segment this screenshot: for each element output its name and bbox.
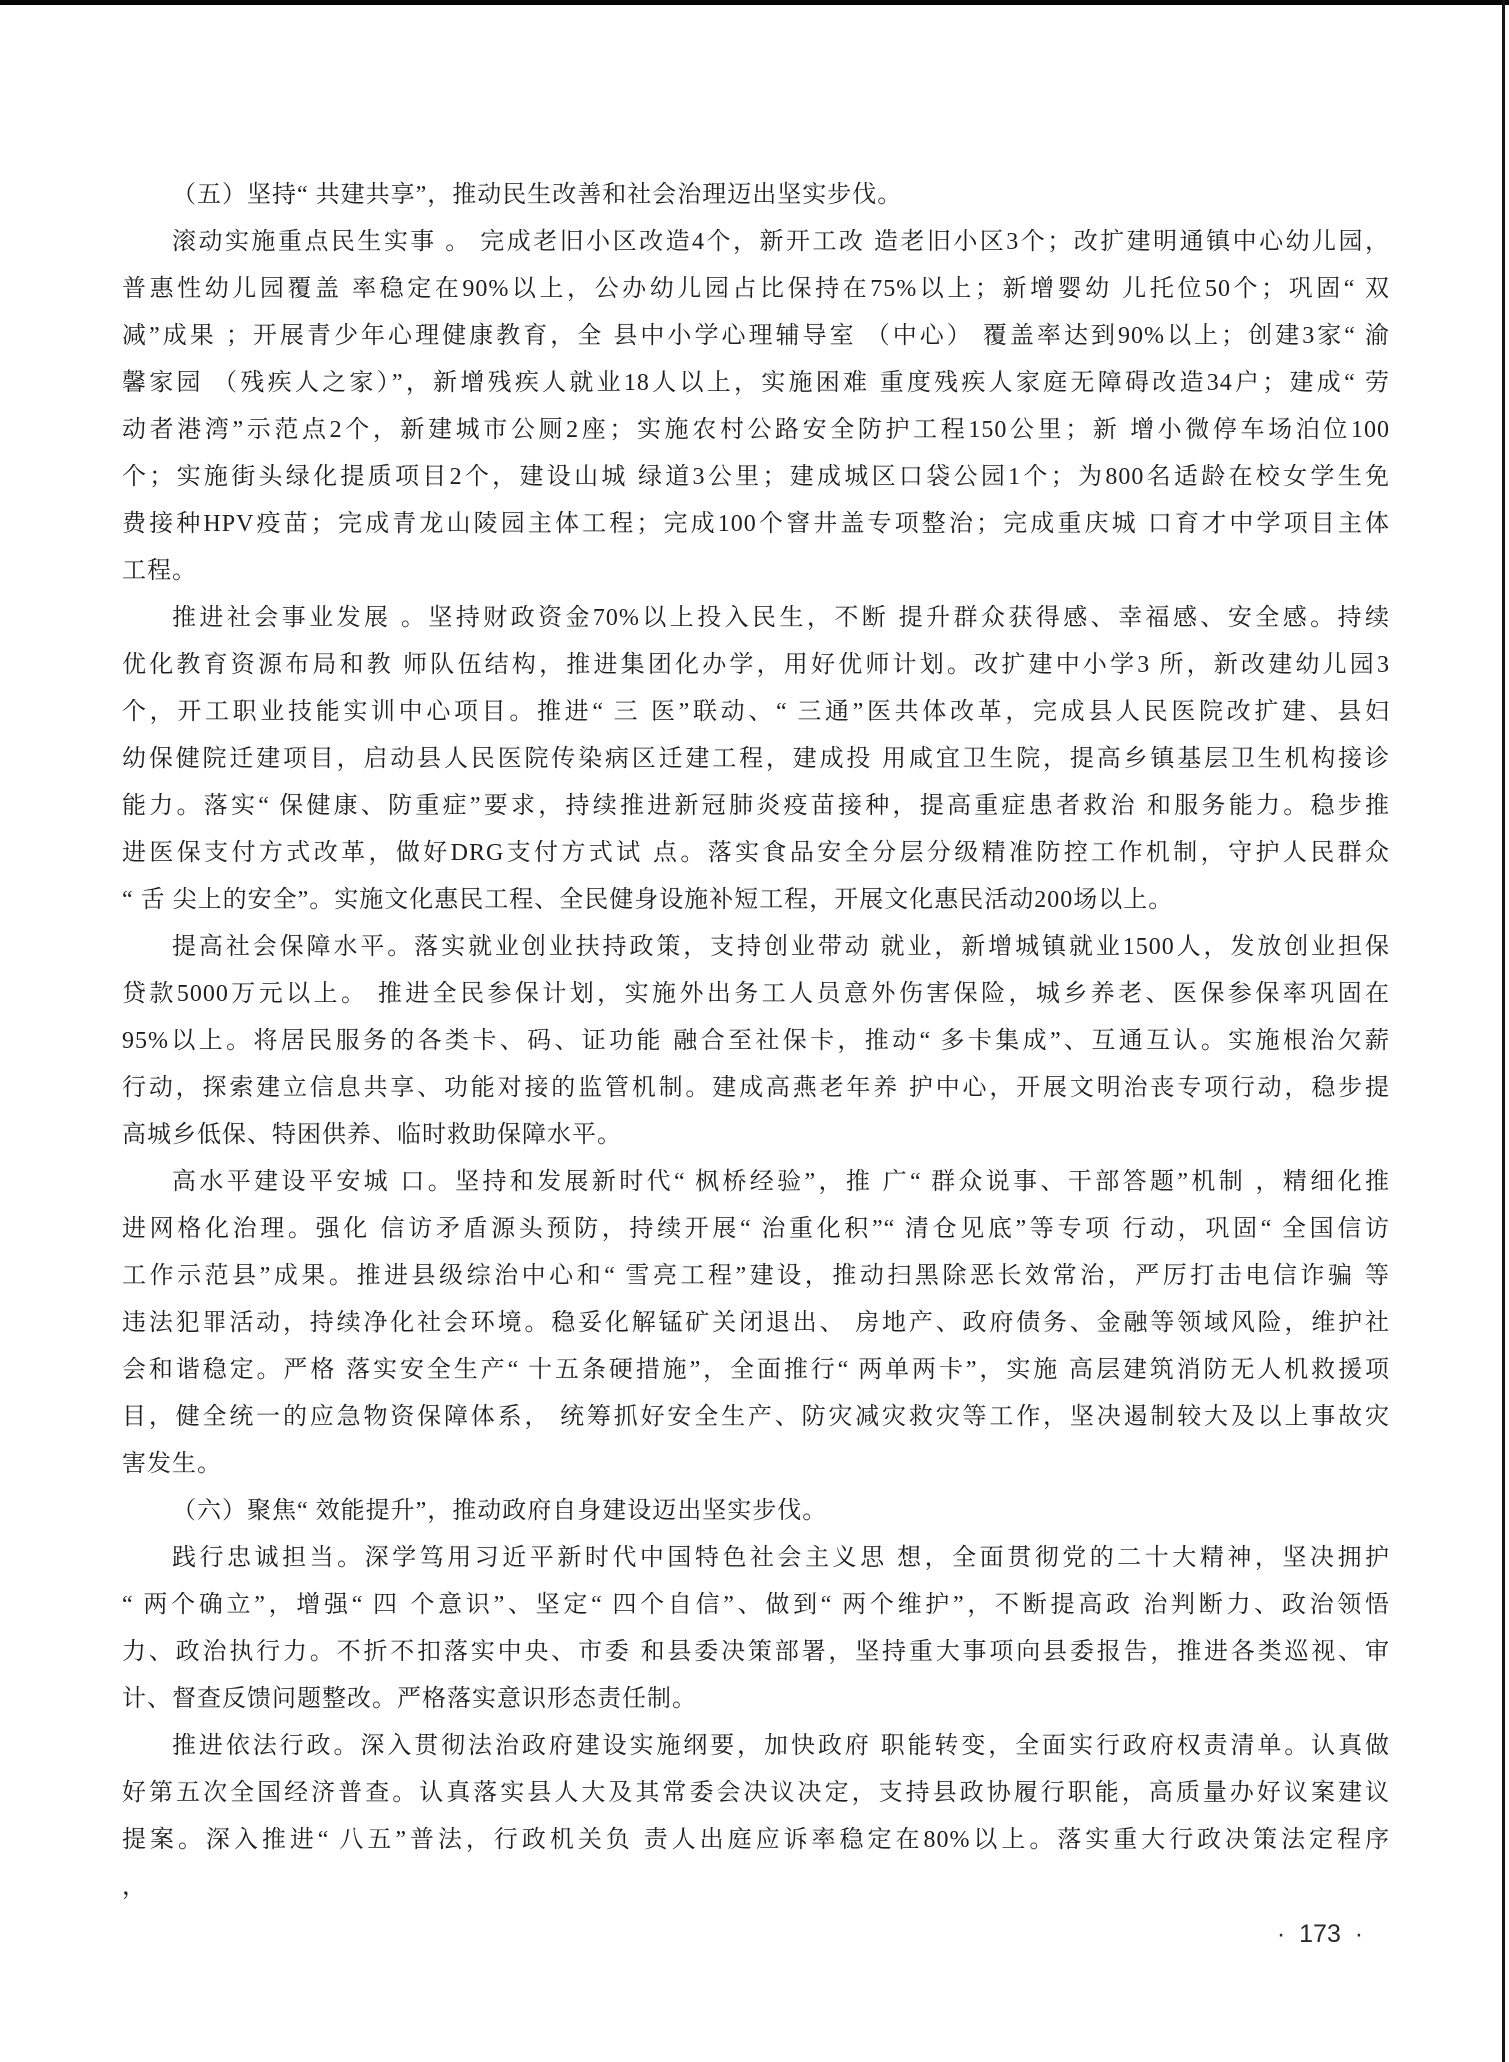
text-line: 能力。落实“ 保健康、防重症”要求，持续推进新冠肺炎疫苗接种，提高重症患者救治 … [122,783,1390,830]
text-line: 普惠性幼儿园覆盖 率稳定在90%以上，公办幼儿园占比保持在75%以上；新增婴幼 … [122,266,1390,313]
text-line: 会和谐稳定。严格 落实安全生产“ 十五条硬措施”，全面推行“ 两单两卡”，实施 … [122,1347,1390,1394]
text-line: 贷款5000万元以上。 推进全民参保计划，实施外出务工人员意外伤害保险，城乡养老… [122,971,1390,1018]
text-line: 计、督查反馈问题整改。严格落实意识形态责任制。 [122,1676,1390,1723]
scan-edge-top [0,0,1509,5]
text-line: 幼保健院迁建项目，启动县人民医院传染病区迁建工程，建成投 用咸宜卫生院，提高乡镇… [122,736,1390,783]
page-number: · 173 · [1255,1918,1385,1950]
text-line: 目，健全统一的应急物资保障体系， 统筹抓好安全生产、防灾减灾救灾等工作，坚决遏制… [122,1394,1390,1441]
text-line: 行动，探索建立信息共享、功能对接的监管机制。建成高燕老年养 护中心，开展文明治丧… [122,1065,1390,1112]
text-line: “ 舌 尖上的安全”。实施文化惠民工程、全民健身设施补短工程，开展文化惠民活动2… [122,877,1390,924]
text-line: 个，开工职业技能实训中心项目。推进“ 三 医”联动、“ 三通”医共体改革，完成县… [122,689,1390,736]
text-line: ， [122,1864,1390,1911]
text-line: 进医保支付方式改革，做好DRG支付方式试 点。落实食品安全分层分级精准防控工作机… [122,830,1390,877]
text-line: 推进依法行政。深入贯彻法治政府建设实施纲要，加快政府 职能转变，全面实行政府权责… [122,1723,1390,1770]
document-page: （五）坚持“ 共建共享”，推动民生改善和社会治理迈出坚实步伐。滚动实施重点民生实… [0,0,1509,2062]
section-heading: （五）坚持“ 共建共享”，推动民生改善和社会治理迈出坚实步伐。 [122,172,1390,219]
text-line: 95%以上。将居民服务的各类卡、码、证功能 融合至社保卡，推动“ 多卡集成”、互… [122,1018,1390,1065]
text-line: “ 两个确立”，增强“ 四 个意识”、坚定“ 四个自信”、做到“ 两个维护”，不… [122,1582,1390,1629]
text-line: 力、政治执行力。不折不扣落实中央、市委 和县委决策部署，坚持重大事项向县委报告，… [122,1629,1390,1676]
text-line: 减”成果 ；开展青少年心理健康教育，全 县中小学心理辅导室 （中心） 覆盖率达到… [122,313,1390,360]
text-line: 滚动实施重点民生实事 。 完成老旧小区改造4个，新开工改 造老旧小区3个；改扩建… [122,219,1390,266]
text-line: 害发生。 [122,1441,1390,1488]
text-line: 推进社会事业发展 。坚持财政资金70%以上投入民生，不断 提升群众获得感、幸福感… [122,595,1390,642]
text-line: 动者港湾”示范点2个，新建城市公厕2座；实施农村公路安全防护工程150公里；新 … [122,407,1390,454]
text-line: 提案。深入推进“ 八五”普法，行政机关负 责人出庭应诉率稳定在80%以上。落实重… [122,1817,1390,1864]
report-body-text: （五）坚持“ 共建共享”，推动民生改善和社会治理迈出坚实步伐。滚动实施重点民生实… [122,172,1390,1911]
text-line: 践行忠诚担当。深学笃用习近平新时代中国特色社会主义思 想，全面贯彻党的二十大精神… [122,1535,1390,1582]
text-line: 高城乡低保、特困供养、临时救助保障水平。 [122,1112,1390,1159]
section-heading: （六）聚焦“ 效能提升”，推动政府自身建设迈出坚实步伐。 [122,1488,1390,1535]
text-line: 个；实施街头绿化提质项目2个，建设山城 绿道3公里；建成城区口袋公园1个；为80… [122,454,1390,501]
scan-edge-right [1502,0,1505,2062]
text-line: 高水平建设平安城 口。坚持和发展新时代“ 枫桥经验”，推 广“ 群众说事、干部答… [122,1159,1390,1206]
text-line: 进网格化治理。强化 信访矛盾源头预防，持续开展“ 治重化积”“ 清仓见底”等专项… [122,1206,1390,1253]
text-line: 提高社会保障水平。落实就业创业扶持政策，支持创业带动 就业，新增城镇就业1500… [122,924,1390,971]
text-line: 好第五次全国经济普查。认真落实县人大及其常委会决议决定，支持县政协履行职能，高质… [122,1770,1390,1817]
text-line: 馨家园 （残疾人之家）”，新增残疾人就业18人以上，实施困难 重度残疾人家庭无障… [122,360,1390,407]
text-line: 费接种HPV疫苗；完成青龙山陵园主体工程；完成100个窨井盖专项整治；完成重庆城… [122,501,1390,548]
text-line: 工作示范县”成果。推进县级综治中心和“ 雪亮工程”建设，推动扫黑除恶长效常治，严… [122,1253,1390,1300]
text-line: 违法犯罪活动，持续净化社会环境。稳妥化解锰矿关闭退出、 房地产、政府债务、金融等… [122,1300,1390,1347]
text-line: 工程。 [122,548,1390,595]
text-line: 优化教育资源布局和教 师队伍结构，推进集团化办学，用好优师计划。改扩建中小学3 … [122,642,1390,689]
